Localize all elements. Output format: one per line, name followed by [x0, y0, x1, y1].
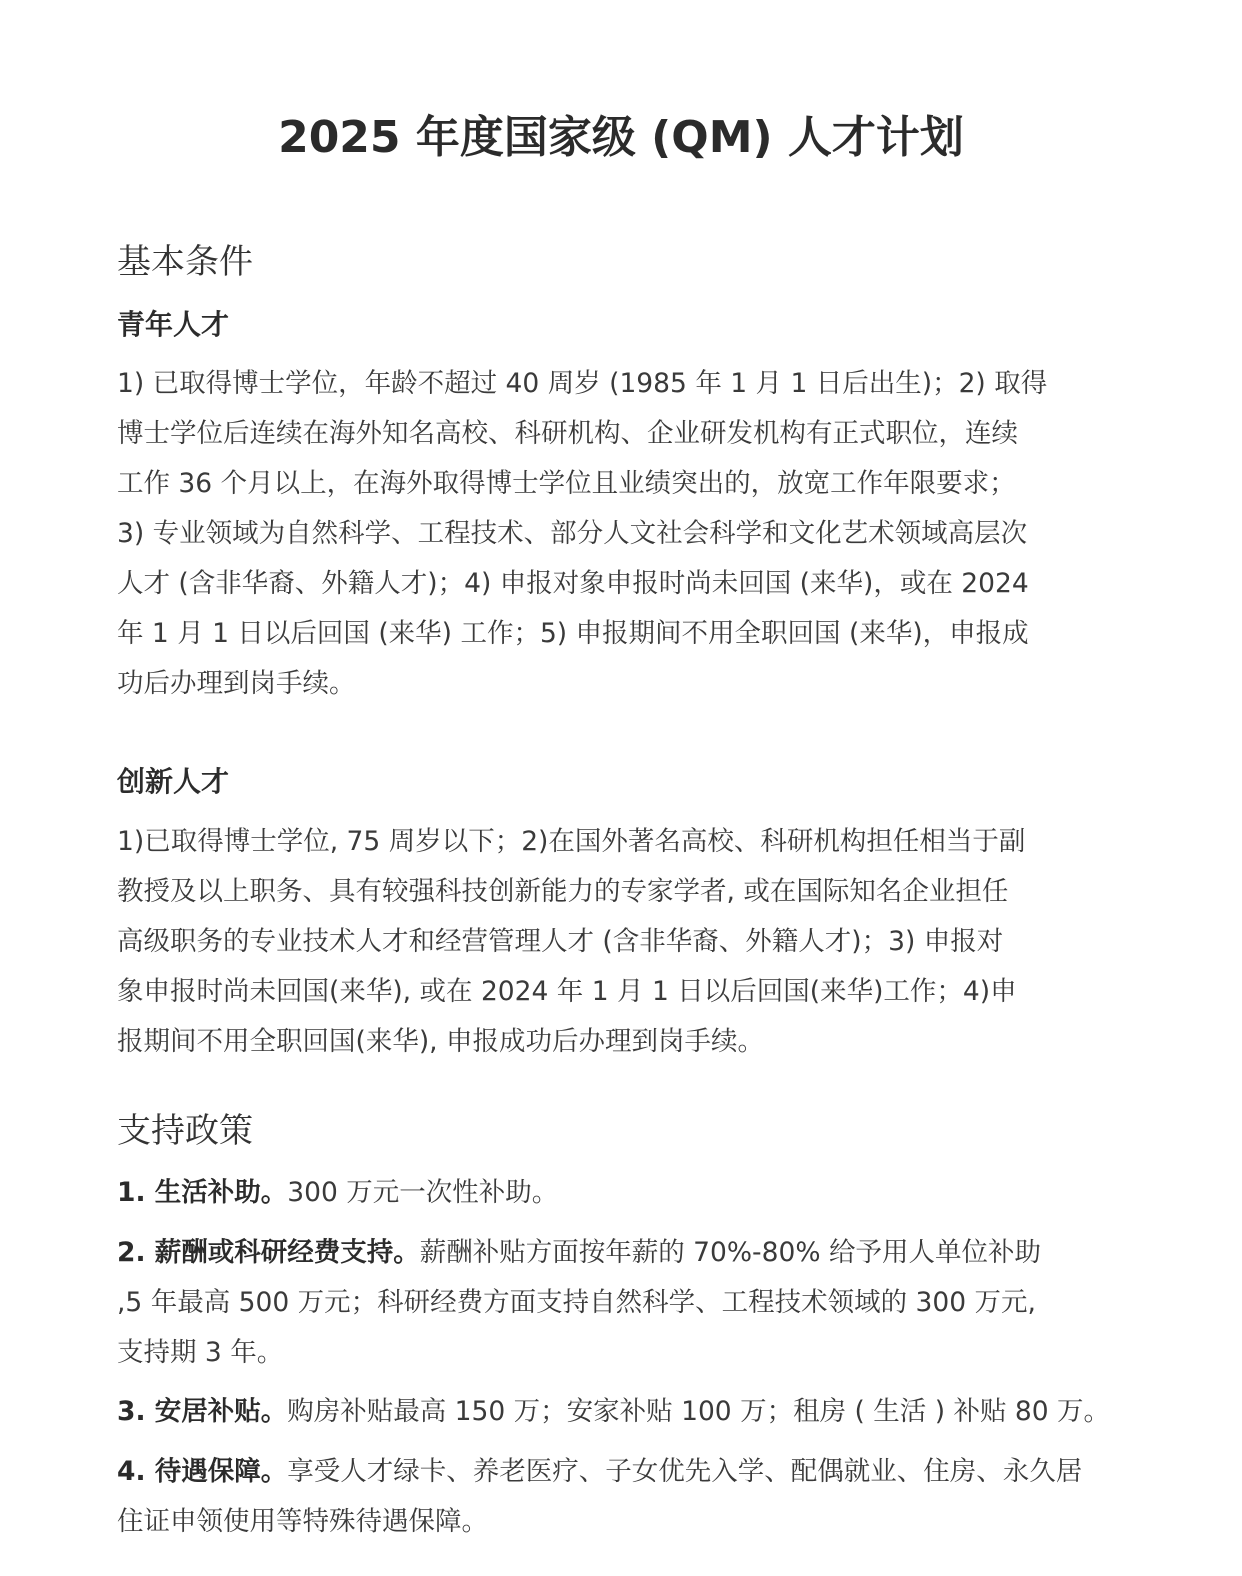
document-title: 2025 年度国家级 (QM) 人才计划: [0, 108, 1242, 168]
paragraph-line: 人才 (含非华裔、外籍人才)；4) 申报对象申报时尚未回国 (来华)，或在 20…: [117, 559, 1117, 609]
policy-text: 300 万元一次性补助。: [287, 1177, 558, 1208]
paragraph-line: 博士学位后连续在海外知名高校、科研机构、企业研发机构有正式职位，连续: [117, 409, 1117, 459]
policy-lead-label: 4. 待遇保障。: [117, 1456, 287, 1487]
section-heading-support-policies: 支持政策: [117, 1109, 253, 1153]
paragraph-line: 教授及以上职务、具有较强科技创新能力的专家学者, 或在国际知名企业担任: [117, 867, 1117, 917]
paragraph-line: 象申报时尚未回国(来华), 或在 2024 年 1 月 1 日以后回国(来华)工…: [117, 967, 1117, 1017]
policy-item-benefits-guarantee: 4. 待遇保障。享受人才绿卡、养老医疗、子女优先入学、配偶就业、住房、永久居 住…: [117, 1447, 1117, 1547]
paragraph-line: 住证申领使用等特殊待遇保障。: [117, 1497, 1117, 1547]
policy-lead-label: 2. 薪酬或科研经费支持。: [117, 1237, 420, 1268]
paragraph-line: ,5 年最高 500 万元；科研经费方面支持自然科学、工程技术领域的 300 万…: [117, 1278, 1117, 1328]
innovation-talent-paragraph: 1)已取得博士学位, 75 周岁以下；2)在国外著名高校、科研机构担任相当于副 …: [117, 817, 1117, 1067]
paragraph-line: 4. 待遇保障。享受人才绿卡、养老医疗、子女优先入学、配偶就业、住房、永久居: [117, 1447, 1117, 1497]
paragraph-line: 1)已取得博士学位, 75 周岁以下；2)在国外著名高校、科研机构担任相当于副: [117, 817, 1117, 867]
policy-lead-label: 3. 安居补贴。: [117, 1396, 287, 1427]
paragraph-line: 工作 36 个月以上，在海外取得博士学位且业绩突出的，放宽工作年限要求；: [117, 459, 1117, 509]
youth-talent-paragraph: 1) 已取得博士学位，年龄不超过 40 周岁 (1985 年 1 月 1 日后出…: [117, 359, 1117, 709]
policy-text: 薪酬补贴方面按年薪的 70%-80% 给予用人单位补助: [420, 1237, 1041, 1268]
paragraph-line: 高级职务的专业技术人才和经营管理人才 (含非华裔、外籍人才)；3) 申报对: [117, 917, 1117, 967]
subheading-innovation-talent: 创新人才: [117, 762, 229, 802]
section-heading-basic-conditions: 基本条件: [117, 240, 253, 284]
policy-item-housing-subsidy: 3. 安居补贴。购房补贴最高 150 万；安家补贴 100 万；租房 ( 生活 …: [117, 1387, 1117, 1437]
paragraph-line: 功后办理到岗手续。: [117, 659, 1117, 709]
policy-item-living-subsidy: 1. 生活补助。300 万元一次性补助。: [117, 1168, 1117, 1218]
paragraph-line: 年 1 月 1 日以后回国 (来华) 工作；5) 申报期间不用全职回国 (来华)…: [117, 609, 1117, 659]
policy-text: 享受人才绿卡、养老医疗、子女优先入学、配偶就业、住房、永久居: [287, 1456, 1082, 1487]
paragraph-line: 3) 专业领域为自然科学、工程技术、部分人文社会科学和文化艺术领域高层次: [117, 509, 1117, 559]
paragraph-line: 报期间不用全职回国(来华), 申报成功后办理到岗手续。: [117, 1017, 1117, 1067]
subheading-youth-talent: 青年人才: [117, 305, 229, 345]
policy-item-salary-research-funding: 2. 薪酬或科研经费支持。薪酬补贴方面按年薪的 70%-80% 给予用人单位补助…: [117, 1228, 1117, 1378]
policy-text: 购房补贴最高 150 万；安家补贴 100 万；租房 ( 生活 ) 补贴 80 …: [287, 1396, 1110, 1427]
policy-lead-label: 1. 生活补助。: [117, 1177, 287, 1208]
paragraph-line: 3. 安居补贴。购房补贴最高 150 万；安家补贴 100 万；租房 ( 生活 …: [117, 1387, 1117, 1437]
paragraph-line: 1) 已取得博士学位，年龄不超过 40 周岁 (1985 年 1 月 1 日后出…: [117, 359, 1117, 409]
paragraph-line: 1. 生活补助。300 万元一次性补助。: [117, 1168, 1117, 1218]
paragraph-line: 支持期 3 年。: [117, 1328, 1117, 1378]
paragraph-line: 2. 薪酬或科研经费支持。薪酬补贴方面按年薪的 70%-80% 给予用人单位补助: [117, 1228, 1117, 1278]
